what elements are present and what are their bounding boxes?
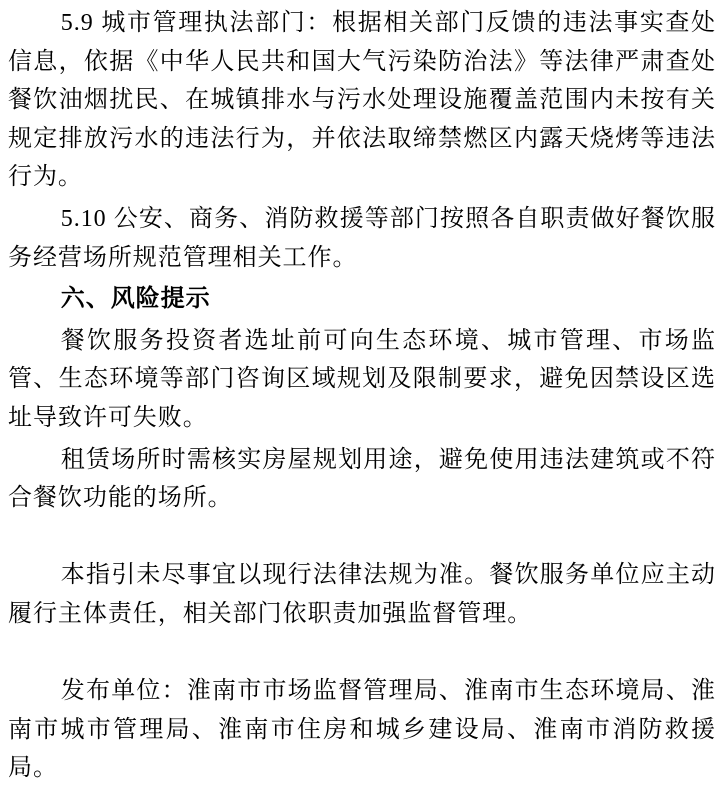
paragraph-closing-statement: 本指引未尽事宜以现行法律法规为准。餐饮服务单位应主动履行主体责任，相关部门依职责… — [8, 556, 716, 633]
paragraph-issuing-authorities: 发布单位：淮南市市场监督管理局、淮南市生态环境局、淮南市城市管理局、淮南市住房和… — [8, 672, 716, 788]
paragraph-site-selection-consult: 餐饮服务投资者选址前可向生态环境、城市管理、市场监管、生态环境等部门咨询区域规划… — [8, 322, 716, 438]
paragraph-lease-premises-check: 租赁场所时需核实房屋规划用途，避免使用违法建筑或不符合餐饮功能的场所。 — [8, 441, 716, 518]
document-page: 5.9 城市管理执法部门：根据相关部门反馈的违法事实查处信息，依据《中华人民共和… — [0, 0, 724, 794]
paragraph-5-9-city-management: 5.9 城市管理执法部门：根据相关部门反馈的违法事实查处信息，依据《中华人民共和… — [8, 4, 716, 197]
paragraph-5-10-other-departments: 5.10 公安、商务、消防救援等部门按照各自职责做好餐饮服务经营场所规范管理相关… — [8, 200, 716, 277]
section-heading-risk-notice: 六、风险提示 — [8, 280, 716, 319]
